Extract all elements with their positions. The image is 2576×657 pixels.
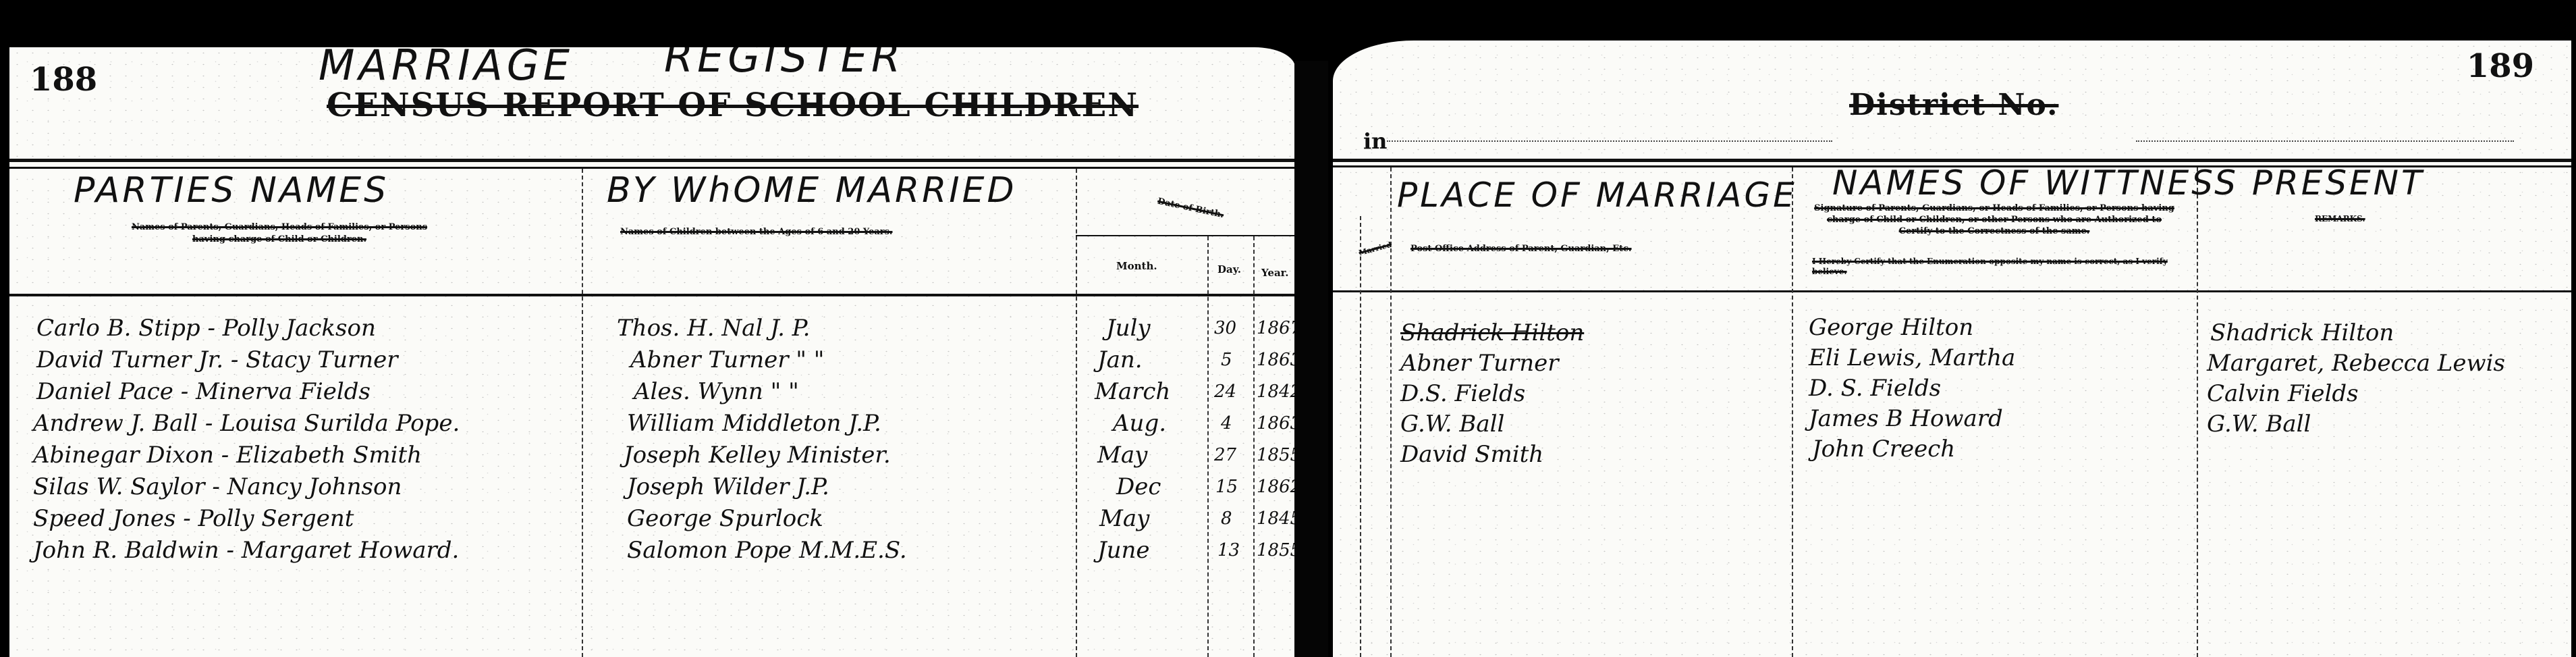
struck-printed-title: CENSUS REPORT OF SCHOOL CHILDREN xyxy=(327,86,1139,124)
row-month: May xyxy=(1099,503,1149,535)
column-divider xyxy=(1253,236,1255,657)
row-place: Abner Turner xyxy=(1400,348,1559,379)
column-divider xyxy=(1076,169,1077,657)
row-year: 1863 xyxy=(1257,408,1295,440)
row-by-whom: Joseph Kelley Minister. xyxy=(624,440,891,471)
printed-header-month: Month. xyxy=(1116,260,1157,272)
row-remarks: Shadrick Hilton xyxy=(2210,317,2394,349)
row-month: Dec xyxy=(1116,471,1161,503)
row-by-whom: George Spurlock xyxy=(627,503,823,535)
row-place: G.W. Ball xyxy=(1400,409,1504,440)
handwritten-title-register: REGISTER xyxy=(664,47,904,82)
row-month: May xyxy=(1097,440,1147,471)
row-by-whom: William Middleton J.P. xyxy=(627,408,881,440)
printed-header-married: Married xyxy=(1358,239,1394,259)
header-bottom-rule xyxy=(1333,290,2571,292)
row-month: June xyxy=(1097,535,1150,567)
row-day: 24 xyxy=(1214,376,1236,408)
date-subheader-rule xyxy=(1076,235,1295,236)
in-label: in xyxy=(1363,128,1387,154)
row-day: 4 xyxy=(1221,408,1232,440)
printed-header-date: Date of Birth. xyxy=(1156,196,1225,221)
column-header-by-whom: BY WhOME MARRIED xyxy=(607,170,1017,211)
row-month: Jan. xyxy=(1097,344,1143,376)
row-by-whom: Abner Turner " " xyxy=(630,344,824,376)
row-witness: Eli Lewis, Martha xyxy=(1809,342,2015,374)
row-year: 1855 xyxy=(1257,535,1295,567)
row-place: Shadrick Hilton xyxy=(1400,317,1584,349)
printed-header-by-whom: Names of Children between the Ages of 6 … xyxy=(620,226,1018,238)
header-top-rule-2 xyxy=(9,167,1295,169)
column-divider xyxy=(1207,236,1209,657)
printed-header-day: Day. xyxy=(1217,263,1241,275)
struck-district-no: District No. xyxy=(1849,88,2058,122)
row-witness: John Creech xyxy=(1812,433,1955,465)
district-dotted-line xyxy=(1387,140,1832,142)
row-by-whom: Ales. Wynn " " xyxy=(634,376,799,408)
row-witness: D. S. Fields xyxy=(1809,373,1941,404)
printed-header-parties: Names of Parents, Guardians, Heads of Fa… xyxy=(124,221,435,246)
row-parties: David Turner Jr. - Stacy Turner xyxy=(36,344,398,376)
column-divider xyxy=(2197,167,2198,657)
row-month: March xyxy=(1095,376,1170,408)
row-year: 1845 xyxy=(1257,503,1295,535)
row-parties: John R. Baldwin - Margaret Howard. xyxy=(33,535,459,567)
row-witness: James B Howard xyxy=(1809,403,2003,435)
row-day: 30 xyxy=(1214,313,1236,344)
column-divider xyxy=(1792,167,1793,657)
row-place: David Smith xyxy=(1400,439,1543,471)
row-year: 1867 xyxy=(1257,313,1295,344)
row-year: 1862 xyxy=(1257,471,1295,503)
row-day: 27 xyxy=(1214,440,1236,471)
row-month: July xyxy=(1106,313,1151,344)
row-year: 1842 xyxy=(1257,376,1295,408)
row-day: 15 xyxy=(1215,471,1238,503)
row-parties: Daniel Pace - Minerva Fields xyxy=(36,376,371,408)
row-by-whom: Joseph Wilder J.P. xyxy=(627,471,829,503)
row-parties: Abinegar Dixon - Elizabeth Smith xyxy=(33,440,422,471)
row-year: 1855 xyxy=(1257,440,1295,471)
row-parties: Silas W. Saylor - Nancy Johnson xyxy=(33,471,402,503)
column-header-place: PLACE OF MARRIAGE xyxy=(1397,176,1797,215)
row-parties: Andrew J. Ball - Louisa Surilda Pope. xyxy=(33,408,460,440)
row-by-whom: Thos. H. Nal J. P. xyxy=(617,313,810,344)
column-header-parties: PARTIES NAMES xyxy=(74,170,389,211)
right-page: 189 in District No. Married PLACE OF MAR… xyxy=(1333,41,2571,657)
column-divider xyxy=(582,169,583,657)
header-top-rule xyxy=(9,159,1295,162)
row-witness: George Hilton xyxy=(1809,312,1973,344)
left-page: 188 MARRIAGE REGISTER CENSUS REPORT OF S… xyxy=(9,47,1295,657)
row-remarks: G.W. Ball xyxy=(2207,409,2311,440)
column-divider xyxy=(1360,216,1361,657)
printed-header-year: Year. xyxy=(1261,267,1288,279)
row-by-whom: Salomon Pope M.M.E.S. xyxy=(627,535,907,567)
row-parties: Speed Jones - Polly Sergent xyxy=(33,503,354,535)
row-day: 5 xyxy=(1221,344,1232,376)
row-month: Aug. xyxy=(1113,408,1166,440)
page-number: 188 xyxy=(30,61,97,99)
printed-header-witness-certify: I Hereby Certify that the Enumeration op… xyxy=(1812,257,2176,277)
row-year: 1863 xyxy=(1257,344,1295,376)
row-place: D.S. Fields xyxy=(1400,378,1525,410)
printed-header-witness: Signature of Parents, Guardians, or Head… xyxy=(1812,203,2176,237)
row-remarks: Calvin Fields xyxy=(2207,378,2359,410)
handwritten-title-marriage: MARRIAGE xyxy=(319,47,574,90)
printed-header-remarks: REMARKS. xyxy=(2315,213,2365,225)
district-dotted-line xyxy=(2136,140,2514,142)
header-top-rule xyxy=(1333,159,2571,162)
page-number: 189 xyxy=(2467,47,2534,85)
header-bottom-rule xyxy=(9,294,1295,296)
row-parties: Carlo B. Stipp - Polly Jackson xyxy=(36,313,376,344)
row-day: 8 xyxy=(1221,503,1232,535)
printed-header-place: Post Office Address of Parent, Guardian,… xyxy=(1410,243,1632,255)
row-day: 13 xyxy=(1217,535,1240,567)
column-header-witness: NAMES OF WITTNESS PRESENT xyxy=(1832,163,2425,203)
book-spine xyxy=(1294,61,1328,657)
row-remarks: Margaret, Rebecca Lewis xyxy=(2207,348,2505,379)
